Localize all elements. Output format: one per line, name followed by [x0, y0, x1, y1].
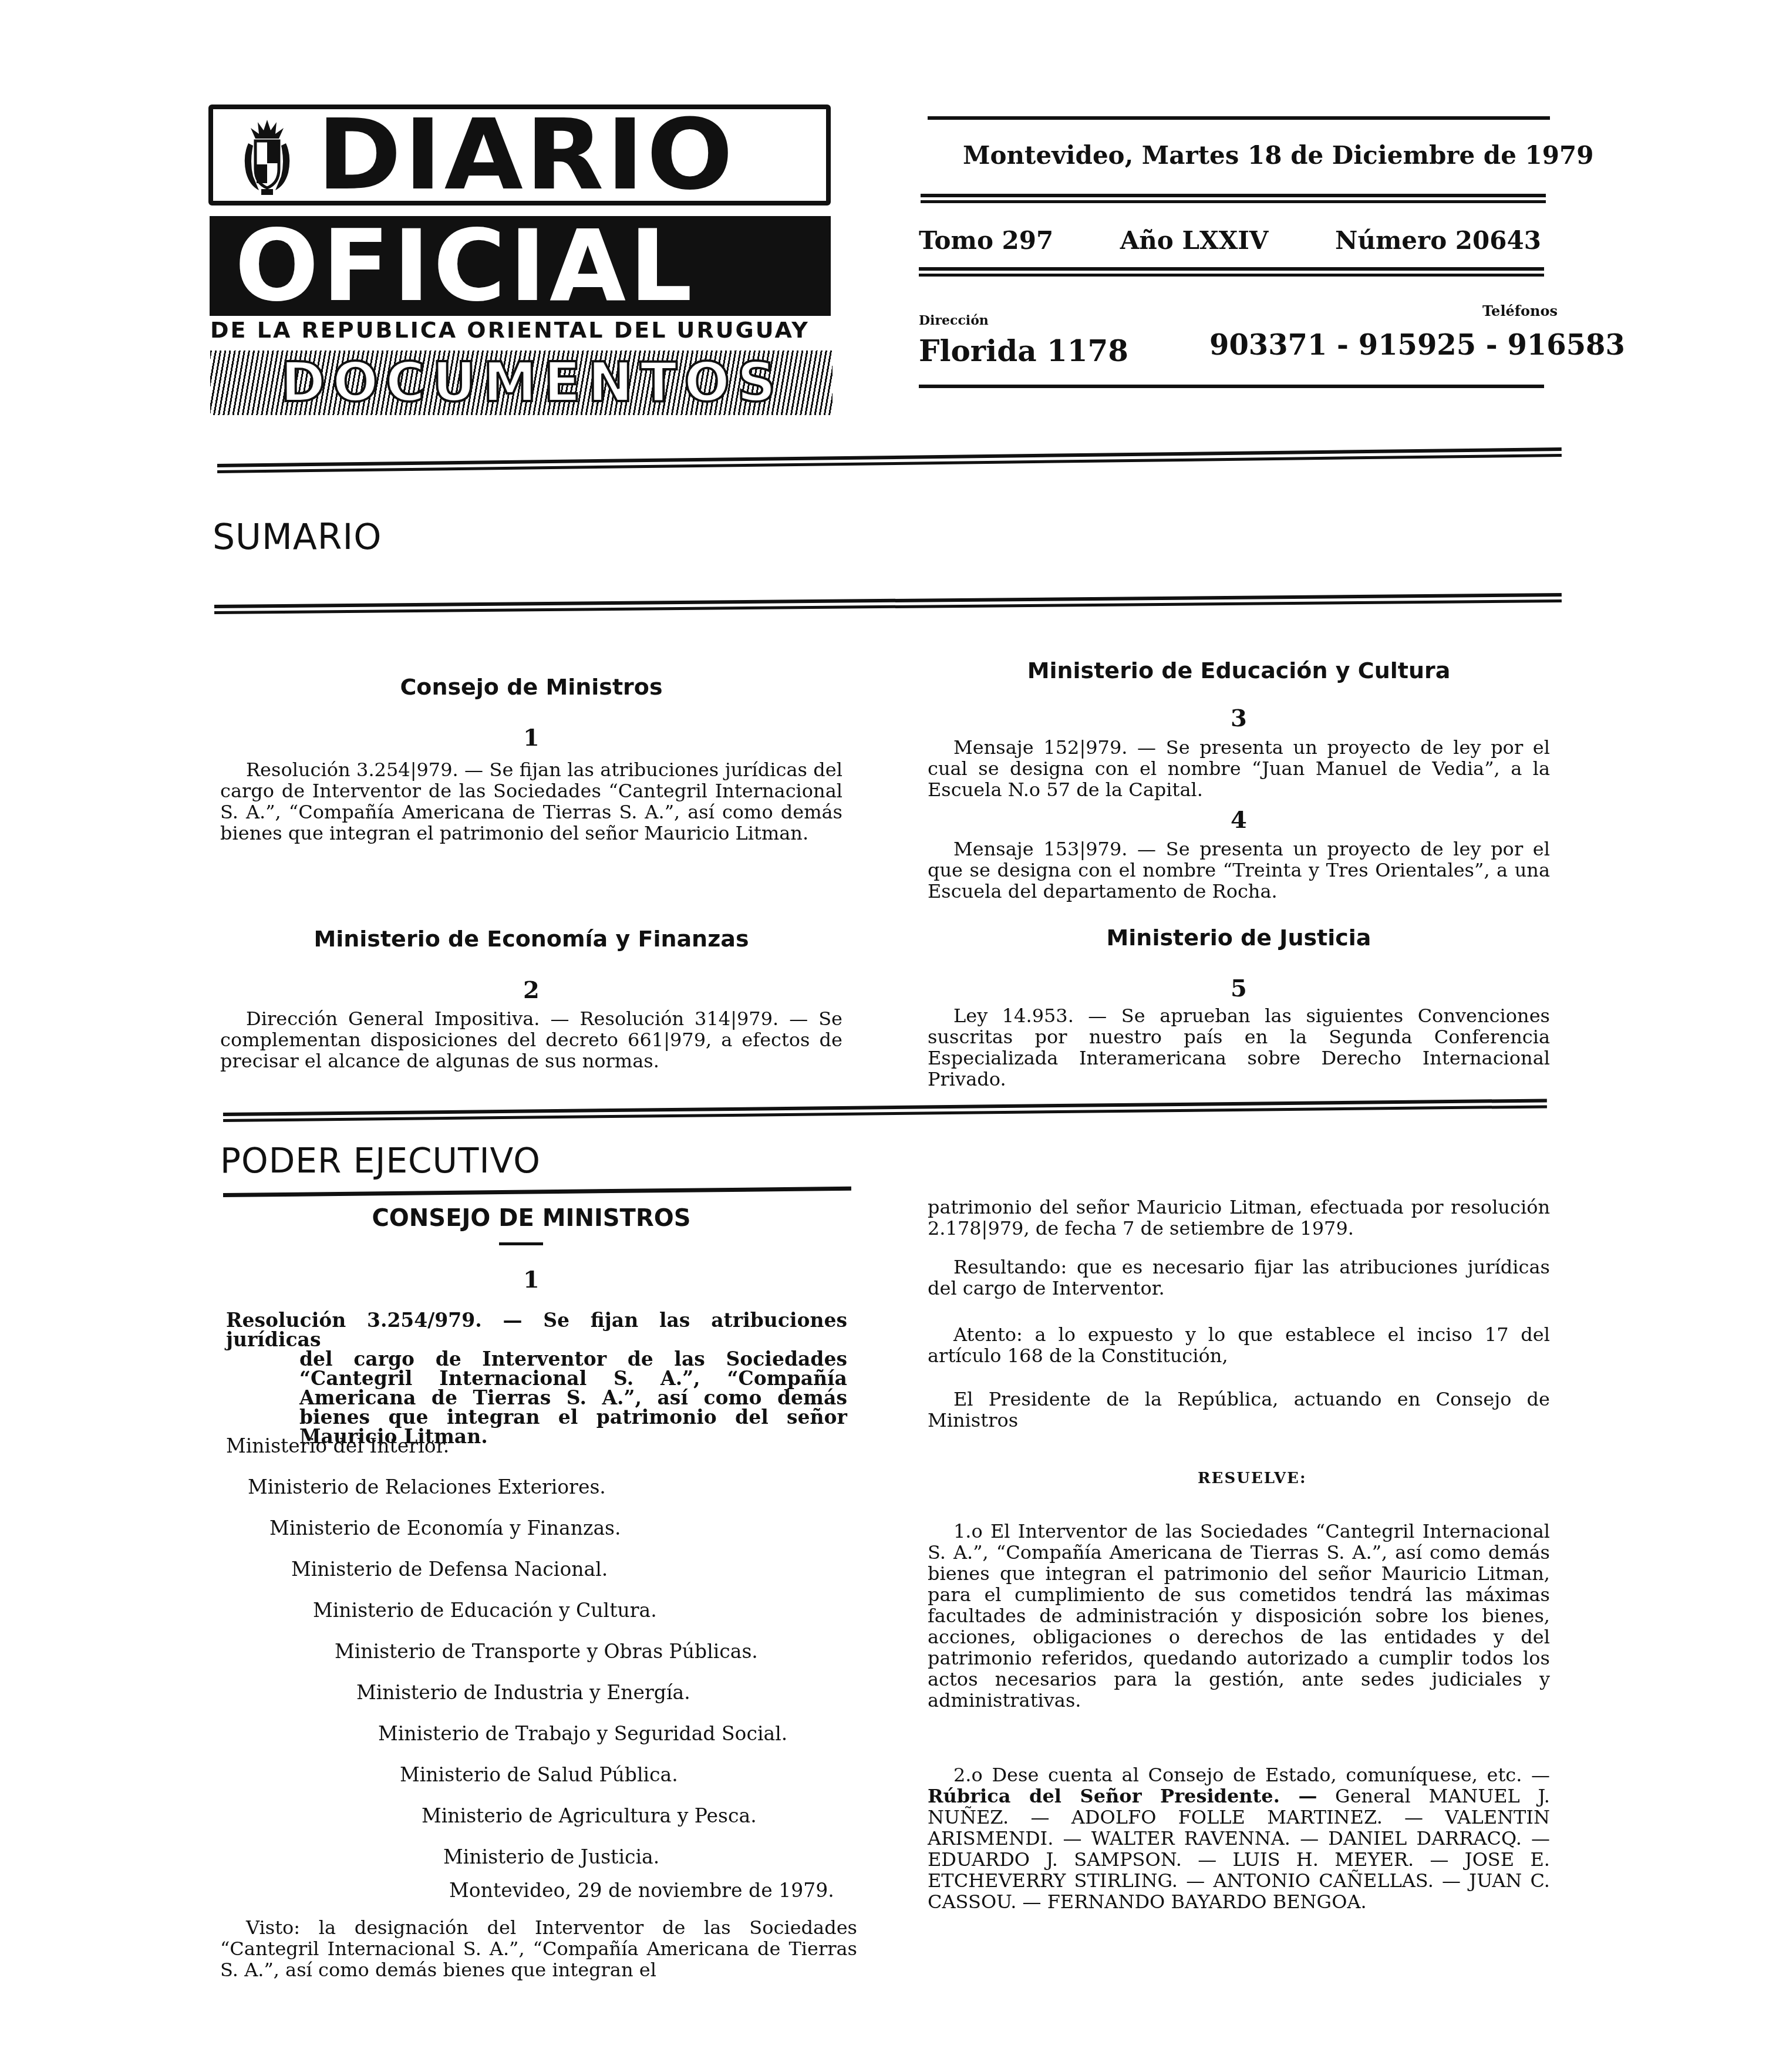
- minister-line: Ministerio de Relaciones Exteriores.: [248, 1475, 606, 1498]
- address: Florida 1178: [919, 333, 1128, 368]
- tomo: Tomo 297: [919, 226, 1053, 255]
- address-label: Dirección: [919, 313, 989, 328]
- phones: 903371 - 915925 - 916583: [1209, 329, 1625, 362]
- atento-paragraph: Atento: a lo expuesto y lo que establece…: [928, 1324, 1550, 1366]
- numero: Número 20643: [1335, 226, 1541, 255]
- masthead-subtitle: DE LA REPUBLICA ORIENTAL DEL URUGUAY: [210, 317, 810, 343]
- resolution-heading: Resolución 3.254/979. — Se fijan las atr…: [226, 1310, 847, 1446]
- summary-title: SUMARIO: [213, 517, 382, 558]
- article-2-lead: 2.o Dese cuenta al Consejo de Estado, co…: [953, 1764, 1550, 1786]
- minister-line: Ministerio de Trabajo y Seguridad Social…: [378, 1722, 787, 1745]
- summary-item-number: 4: [928, 806, 1550, 834]
- summary-item-number: 2: [220, 976, 842, 1004]
- section-rule: [223, 1187, 851, 1197]
- article-2: 2.o Dese cuenta al Consejo de Estado, co…: [928, 1764, 1550, 1912]
- minister-line: Ministerio de Defensa Nacional.: [291, 1558, 608, 1581]
- section-title: PODER EJECUTIVO: [220, 1141, 541, 1181]
- issue-meta-row: Tomo 297 Año LXXIV Número 20643: [919, 226, 1541, 255]
- article-1: 1.o El Interventor de las Sociedades “Ca…: [928, 1521, 1550, 1711]
- resolution-number: 1: [220, 1266, 842, 1293]
- summary-item-number: 1: [220, 724, 842, 752]
- summary-item-text: Mensaje 152|979. — Se presenta un proyec…: [928, 737, 1550, 800]
- summary-item-text: Mensaje 153|979. — Se presenta un proyec…: [928, 838, 1550, 902]
- resolution-heading-lead: Resolución 3.254/979. — Se fijan las atr…: [226, 1309, 847, 1351]
- subsection-title: CONSEJO DE MINISTROS: [220, 1205, 842, 1232]
- phones-label: Teléfonos: [1482, 302, 1558, 319]
- minister-line: Ministerio de Educación y Cultura.: [313, 1599, 657, 1622]
- minister-line: Ministerio de Industria y Energía.: [356, 1681, 690, 1704]
- header-rule: [919, 267, 1544, 277]
- header-rule: [921, 194, 1546, 203]
- summary-heading: Ministerio de Justicia: [928, 925, 1550, 951]
- resultando-paragraph: Resultando: que es necesario fijar las a…: [928, 1256, 1550, 1299]
- summary-item-text: Dirección General Impositiva. — Resoluci…: [220, 1008, 842, 1072]
- minister-line: Ministerio de Justicia.: [443, 1845, 659, 1868]
- summary-item-text: Ley 14.953. — Se aprueban las siguientes…: [928, 1005, 1550, 1090]
- summary-heading: Consejo de Ministros: [220, 674, 842, 700]
- resolution-heading-rest: del cargo de Interventor de las Sociedad…: [226, 1349, 847, 1446]
- issue-date: Montevideo, Martes 18 de Diciembre de 19…: [963, 141, 1593, 170]
- header-rule: [928, 116, 1550, 120]
- minister-line: Ministerio de Transporte y Obras Pública…: [335, 1640, 758, 1663]
- summary-item-text: Resolución 3.254|979. — Se fijan las atr…: [220, 759, 842, 844]
- section-band-label: DOCUMENTOS: [281, 359, 783, 406]
- minister-line: Ministerio de Salud Pública.: [400, 1763, 678, 1786]
- section-rule: [223, 1099, 1547, 1122]
- section-rule: [217, 447, 1562, 473]
- header-rule: [919, 385, 1544, 388]
- visto-continuation: patrimonio del señor Mauricio Litman, ef…: [928, 1197, 1550, 1239]
- presidente-paragraph: El Presidente de la República, actuando …: [928, 1389, 1550, 1431]
- short-rule: [499, 1242, 543, 1245]
- minister-line: Ministerio del Interior.: [226, 1434, 449, 1457]
- minister-line: Ministerio de Agricultura y Pesca.: [422, 1804, 757, 1827]
- summary-heading: Ministerio de Educación y Cultura: [928, 658, 1550, 683]
- summary-item-number: 5: [928, 975, 1550, 1002]
- resuelve-heading: RESUELVE:: [1198, 1470, 1306, 1487]
- summary-item-number: 3: [928, 705, 1550, 732]
- section-rule: [214, 593, 1562, 614]
- uruguay-coat-of-arms-icon: [232, 115, 302, 197]
- summary-heading: Ministerio de Economía y Finanzas: [220, 926, 842, 952]
- minister-line: Ministerio de Economía y Finanzas.: [269, 1517, 621, 1539]
- article-2-rubric: Rúbrica del Señor Presidente. —: [928, 1785, 1317, 1807]
- masthead-title-bottom: OFICIAL: [235, 216, 696, 316]
- masthead-title-top: DIARIO: [317, 105, 736, 205]
- place-date: Montevideo, 29 de noviembre de 1979.: [449, 1879, 834, 1902]
- visto-paragraph: Visto: la designación del Interventor de…: [220, 1917, 857, 1980]
- anio: Año LXXIV: [1120, 226, 1269, 255]
